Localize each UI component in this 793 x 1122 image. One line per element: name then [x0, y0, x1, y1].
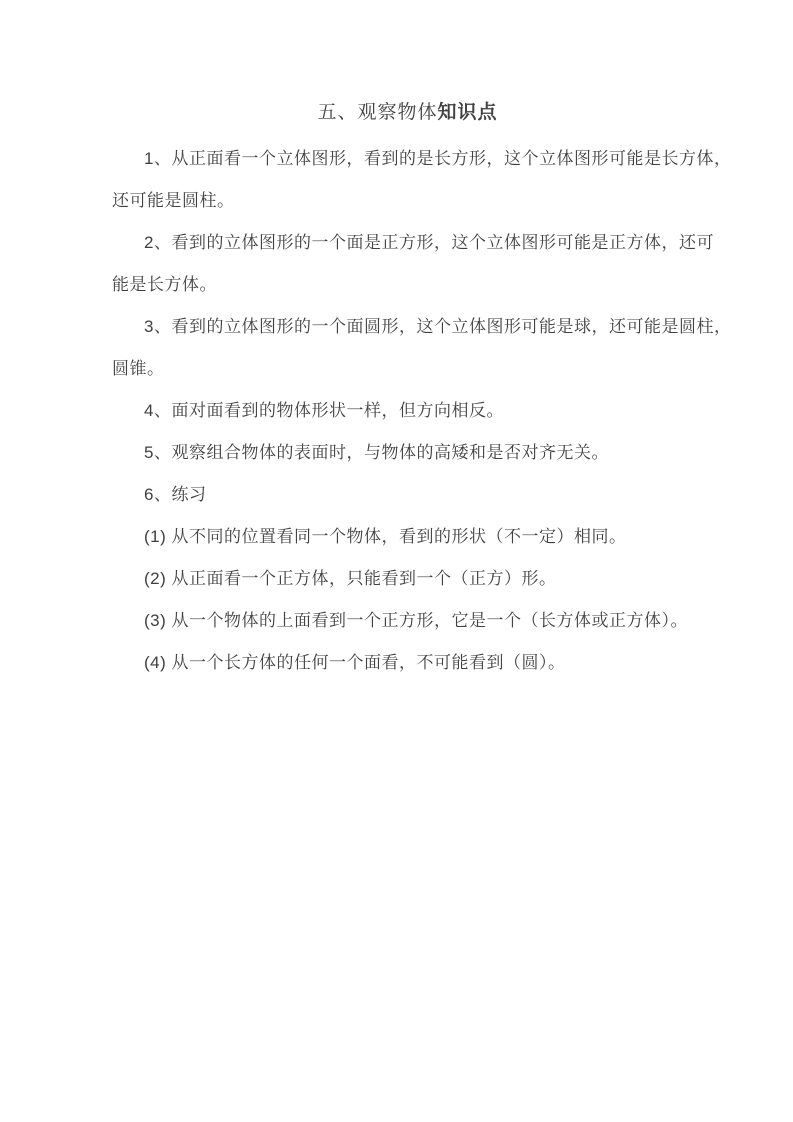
document-body: 1、从正面看一个立体图形，看到的是长方形，这个立体图形可能是长方体，还可能是圆柱…	[112, 138, 703, 684]
paragraph-line: (1) 从不同的位置看同一个物体，看到的形状（不一定）相同。	[112, 516, 703, 558]
paragraph-line: 还可能是圆柱。	[112, 180, 703, 222]
paragraph-line: 5、观察组合物体的表面时，与物体的高矮和是否对齐无关。	[112, 432, 703, 474]
paragraph-line: 圆锥。	[112, 348, 703, 390]
paragraph-line: (2) 从正面看一个正方体，只能看到一个（正方）形。	[112, 558, 703, 600]
paragraph-line: 3、看到的立体图形的一个面圆形，这个立体图形可能是球，还可能是圆柱，	[112, 306, 703, 348]
paragraph-line: 4、面对面看到的物体形状一样，但方向相反。	[112, 390, 703, 432]
paragraph-line: (4) 从一个长方体的任何一个面看，不可能看到（圆）。	[112, 642, 703, 684]
paragraph-line: 1、从正面看一个立体图形，看到的是长方形，这个立体图形可能是长方体，	[112, 138, 703, 180]
page-title-bold: 知识点	[438, 102, 498, 123]
paragraph-line: (3) 从一个物体的上面看到一个正方形，它是一个（长方体或正方体）。	[112, 600, 703, 642]
paragraph-line: 2、看到的立体图形的一个面是正方形，这个立体图形可能是正方体，还可	[112, 222, 703, 264]
paragraph-line: 6、练习	[112, 474, 703, 516]
paragraph-line: 能是长方体。	[112, 264, 703, 306]
document-page: 五、观察物体知识点 1、从正面看一个立体图形，看到的是长方形，这个立体图形可能是…	[0, 0, 793, 1122]
page-title: 五、观察物体知识点	[112, 92, 703, 134]
page-title-regular: 五、观察物体	[317, 102, 437, 123]
